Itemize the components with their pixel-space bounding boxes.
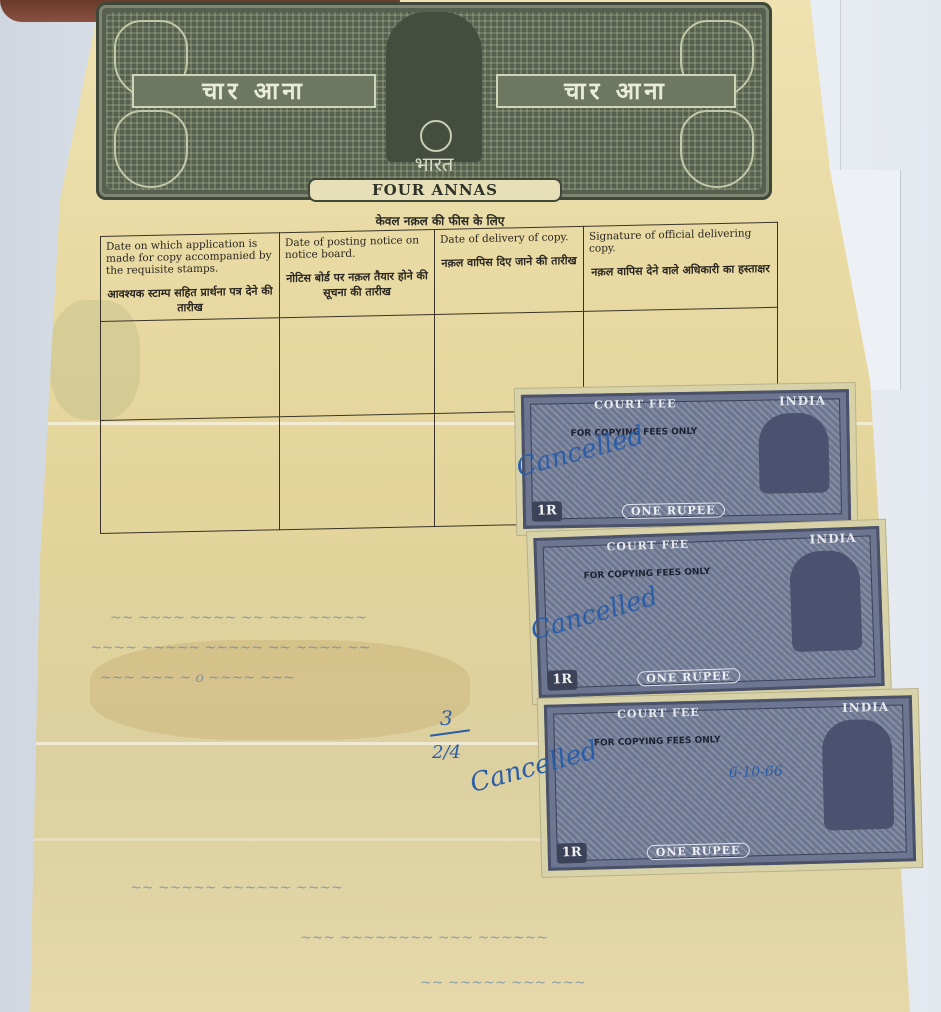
faded-handwriting: ~~~ ~~~~~~~~ ~~~ ~~~~~~ [300,930,548,946]
court-fee-stamp: COURT FEE INDIA FOR COPYING FEES ONLY 1R… [521,389,851,529]
stamp-value: ONE RUPEE [622,502,725,519]
stamp-denomination: 1R [532,501,562,522]
country-name-hindi: भारत [382,150,486,177]
margin-fraction-top: 3 [440,706,453,730]
table-cell [280,314,435,416]
lion-capital-emblem-icon [386,12,482,162]
ornament-icon [114,110,188,188]
ashoka-chakra-icon [420,120,452,152]
lion-capital-emblem-icon [789,550,862,652]
lion-capital-emblem-icon [758,413,829,494]
stamp-value: ONE RUPEE [647,843,750,861]
hindi-value-left: चार आना [132,74,376,108]
stamp-value-label: FOUR ANNAS [308,178,562,202]
faded-handwriting: ~~~ ~~~ ~ o ~~~~ ~~~ [100,670,295,686]
column-header: Signature of official delivering copy.नक… [584,222,778,311]
column-header: Date of delivery of copy.नक़ल वापिस दिए … [435,226,584,314]
column-header-hindi: नक़ल वापिस दिए जाने की तारीख [440,253,578,271]
column-header-english: Date of posting notice on notice board. [285,234,419,261]
stamp-title: COURT FEE [594,397,677,411]
stamp-country: INDIA [842,700,889,715]
table-cell [101,417,280,534]
column-header-hindi: आवश्यक स्टाम्प सहित प्रार्थना पत्र देने … [106,283,274,317]
stamp-denomination: 1R [557,843,588,864]
column-header-english: Date of delivery of copy. [440,231,568,246]
cancellation-date: 6-10-66 [729,764,783,781]
impressed-stamp-four-annas: चार आना चार आना भारत FOUR ANNAS [96,2,772,200]
column-header-hindi: नोटिस बोर्ड पर नक़ल तैयार होने की सूचना … [285,268,429,301]
column-header-english: Signature of official delivering copy. [589,227,751,254]
faded-handwriting: ~~~~ ~~~~~ ~~~~~ ~~ ~~~~ ~~ [90,640,370,656]
hindi-value-right: चार आना [496,74,736,108]
table-header-row: Date on which application is made for co… [101,222,778,321]
ornament-icon [680,110,754,188]
column-header: Date on which application is made for co… [101,233,280,322]
court-fee-stamp: COURT FEE INDIA FOR COPYING FEES ONLY 1R… [544,695,916,871]
column-header-english: Date on which application is made for co… [106,238,272,277]
stamp-denomination: 1R [547,670,578,691]
table-cell [280,413,435,529]
faded-handwriting: ~~ ~~~~~ ~~~~~~ ~~~~ [130,880,343,896]
lion-capital-emblem-icon [821,719,894,831]
court-fee-stamp: COURT FEE INDIA FOR COPYING FEES ONLY 1R… [533,526,884,698]
column-header: Date of posting notice on notice board.न… [280,229,435,317]
stamp-country: INDIA [779,394,826,409]
stamp-value: ONE RUPEE [637,668,740,687]
faded-handwriting: ~~ ~~~~ ~~~~ ~~ ~~~ ~~~~~ [110,610,367,626]
column-header-hindi: नक़ल वापिस देने वाले अधिकारी का हस्ताक्ष… [589,261,772,280]
stamp-country: INDIA [809,531,856,547]
margin-fraction-bottom: 2/4 [432,742,461,763]
table-cell [101,318,280,421]
stamp-title: COURT FEE [617,706,700,721]
faded-handwriting: ~~ ~~~~~ ~~~ ~~~ [420,975,586,991]
